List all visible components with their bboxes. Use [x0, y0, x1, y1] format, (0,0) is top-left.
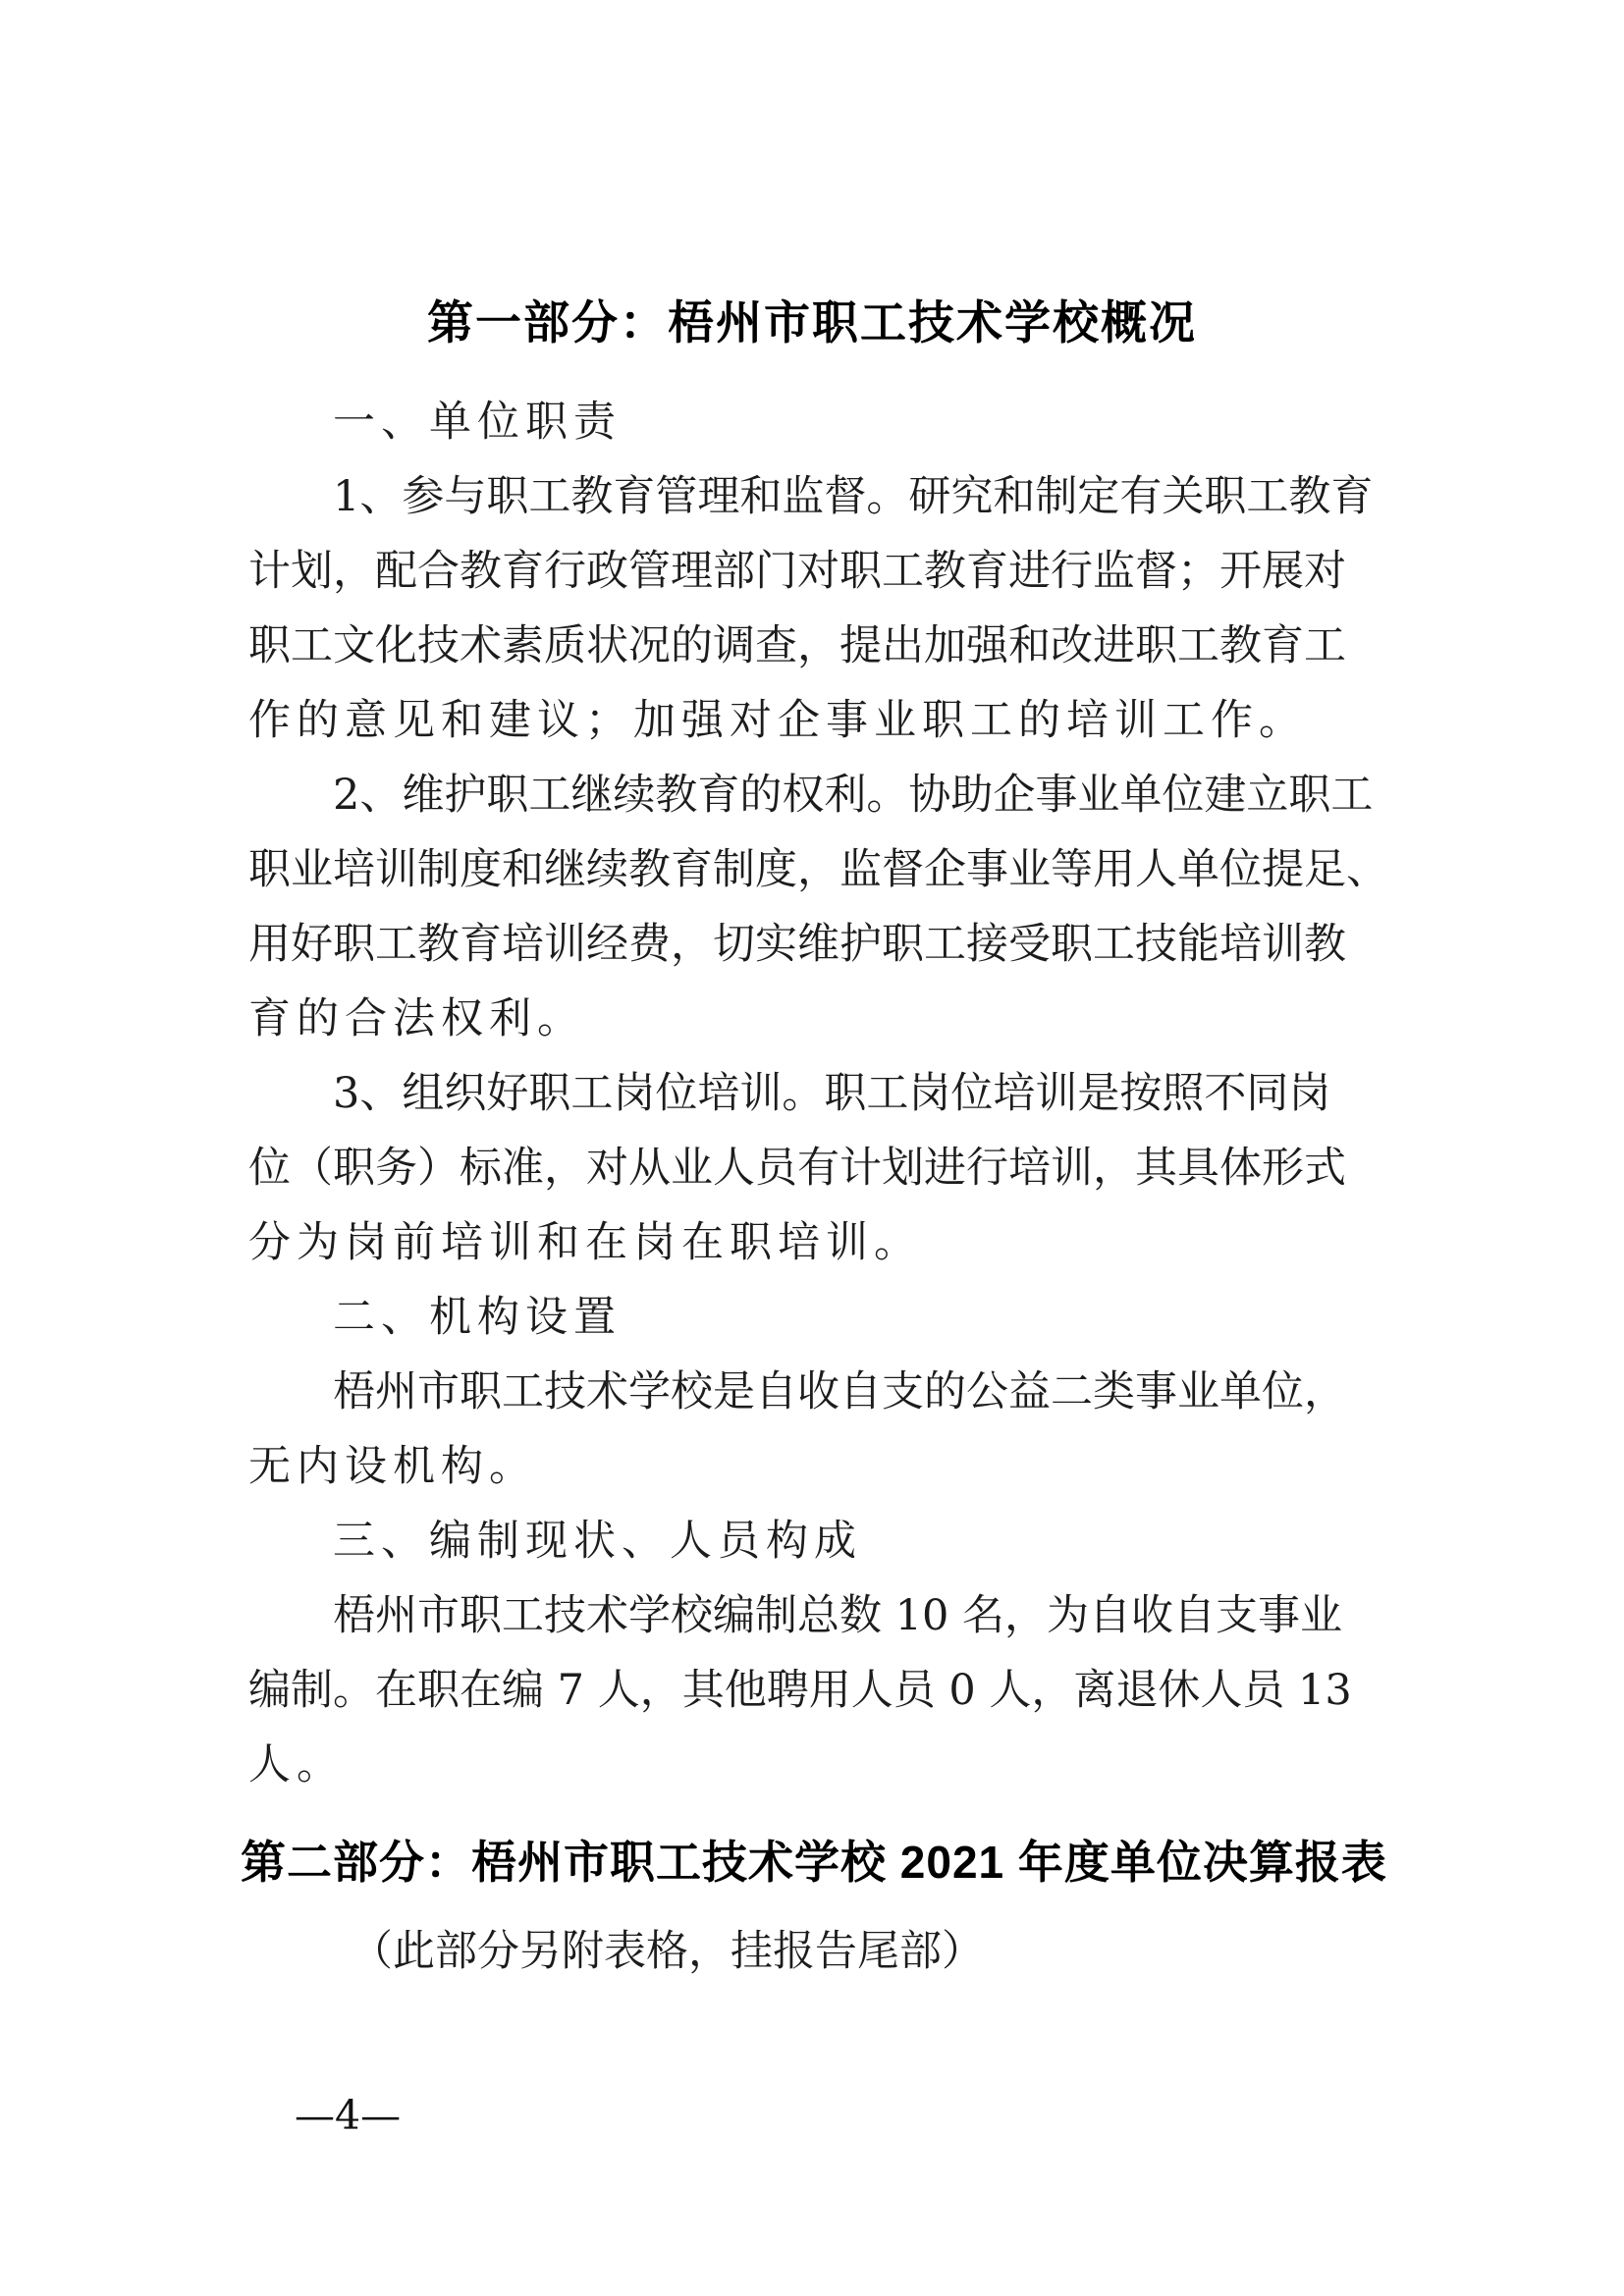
text-line: 一、单位职责	[248, 385, 1414, 459]
text-line: 梧州市职工技术学校是自收自支的公益二类事业单位，	[248, 1355, 1414, 1429]
text-line: 3、组织好职工岗位培训。职工岗位培训是按照不同岗	[248, 1056, 1414, 1131]
part2-title: 第二部分：梧州市职工技术学校 2021 年度单位决算报表	[241, 1834, 1517, 1891]
text-line: 作的意见和建议；加强对企事业职工的培训工作。	[248, 683, 1414, 758]
page-number: —4—	[295, 2091, 401, 2140]
document-page: 第一部分：梧州市职工技术学校概况 一、单位职责1、参与职工教育管理和监督。研究和…	[0, 0, 1624, 2296]
text-line: 分为岗前培训和在岗在职培训。	[248, 1205, 1414, 1280]
body-text-block: 一、单位职责1、参与职工教育管理和监督。研究和制定有关职工教育计划，配合教育行政…	[248, 385, 1414, 1802]
text-line: 2、维护职工继续教育的权利。协助企事业单位建立职工	[248, 758, 1414, 832]
text-line: 三、编制现状、人员构成	[248, 1504, 1414, 1578]
text-line: 职工文化技术素质状况的调查，提出加强和改进职工教育工	[248, 609, 1414, 683]
text-line: 人。	[248, 1728, 1414, 1802]
text-line: 育的合法权利。	[248, 982, 1414, 1056]
part1-title: 第一部分：梧州市职工技术学校概况	[0, 294, 1624, 351]
note-line: （此部分另附表格，挂报告尾部）	[248, 1922, 1414, 1981]
text-line: 二、机构设置	[248, 1280, 1414, 1355]
text-line: 用好职工教育培训经费，切实维护职工接受职工技能培训教	[248, 907, 1414, 982]
text-line: 计划，配合教育行政管理部门对职工教育进行监督；开展对	[248, 534, 1414, 609]
text-line: 编制。在职在编 7 人，其他聘用人员 0 人，离退休人员 13	[248, 1653, 1414, 1728]
text-line: 梧州市职工技术学校编制总数 10 名，为自收自支事业	[248, 1578, 1414, 1653]
text-line: 无内设机构。	[248, 1429, 1414, 1504]
text-line: 位（职务）标准，对从业人员有计划进行培训，其具体形式	[248, 1131, 1414, 1205]
text-line: 1、参与职工教育管理和监督。研究和制定有关职工教育	[248, 459, 1414, 534]
text-line: 职业培训制度和继续教育制度，监督企事业等用人单位提足、	[248, 832, 1414, 907]
